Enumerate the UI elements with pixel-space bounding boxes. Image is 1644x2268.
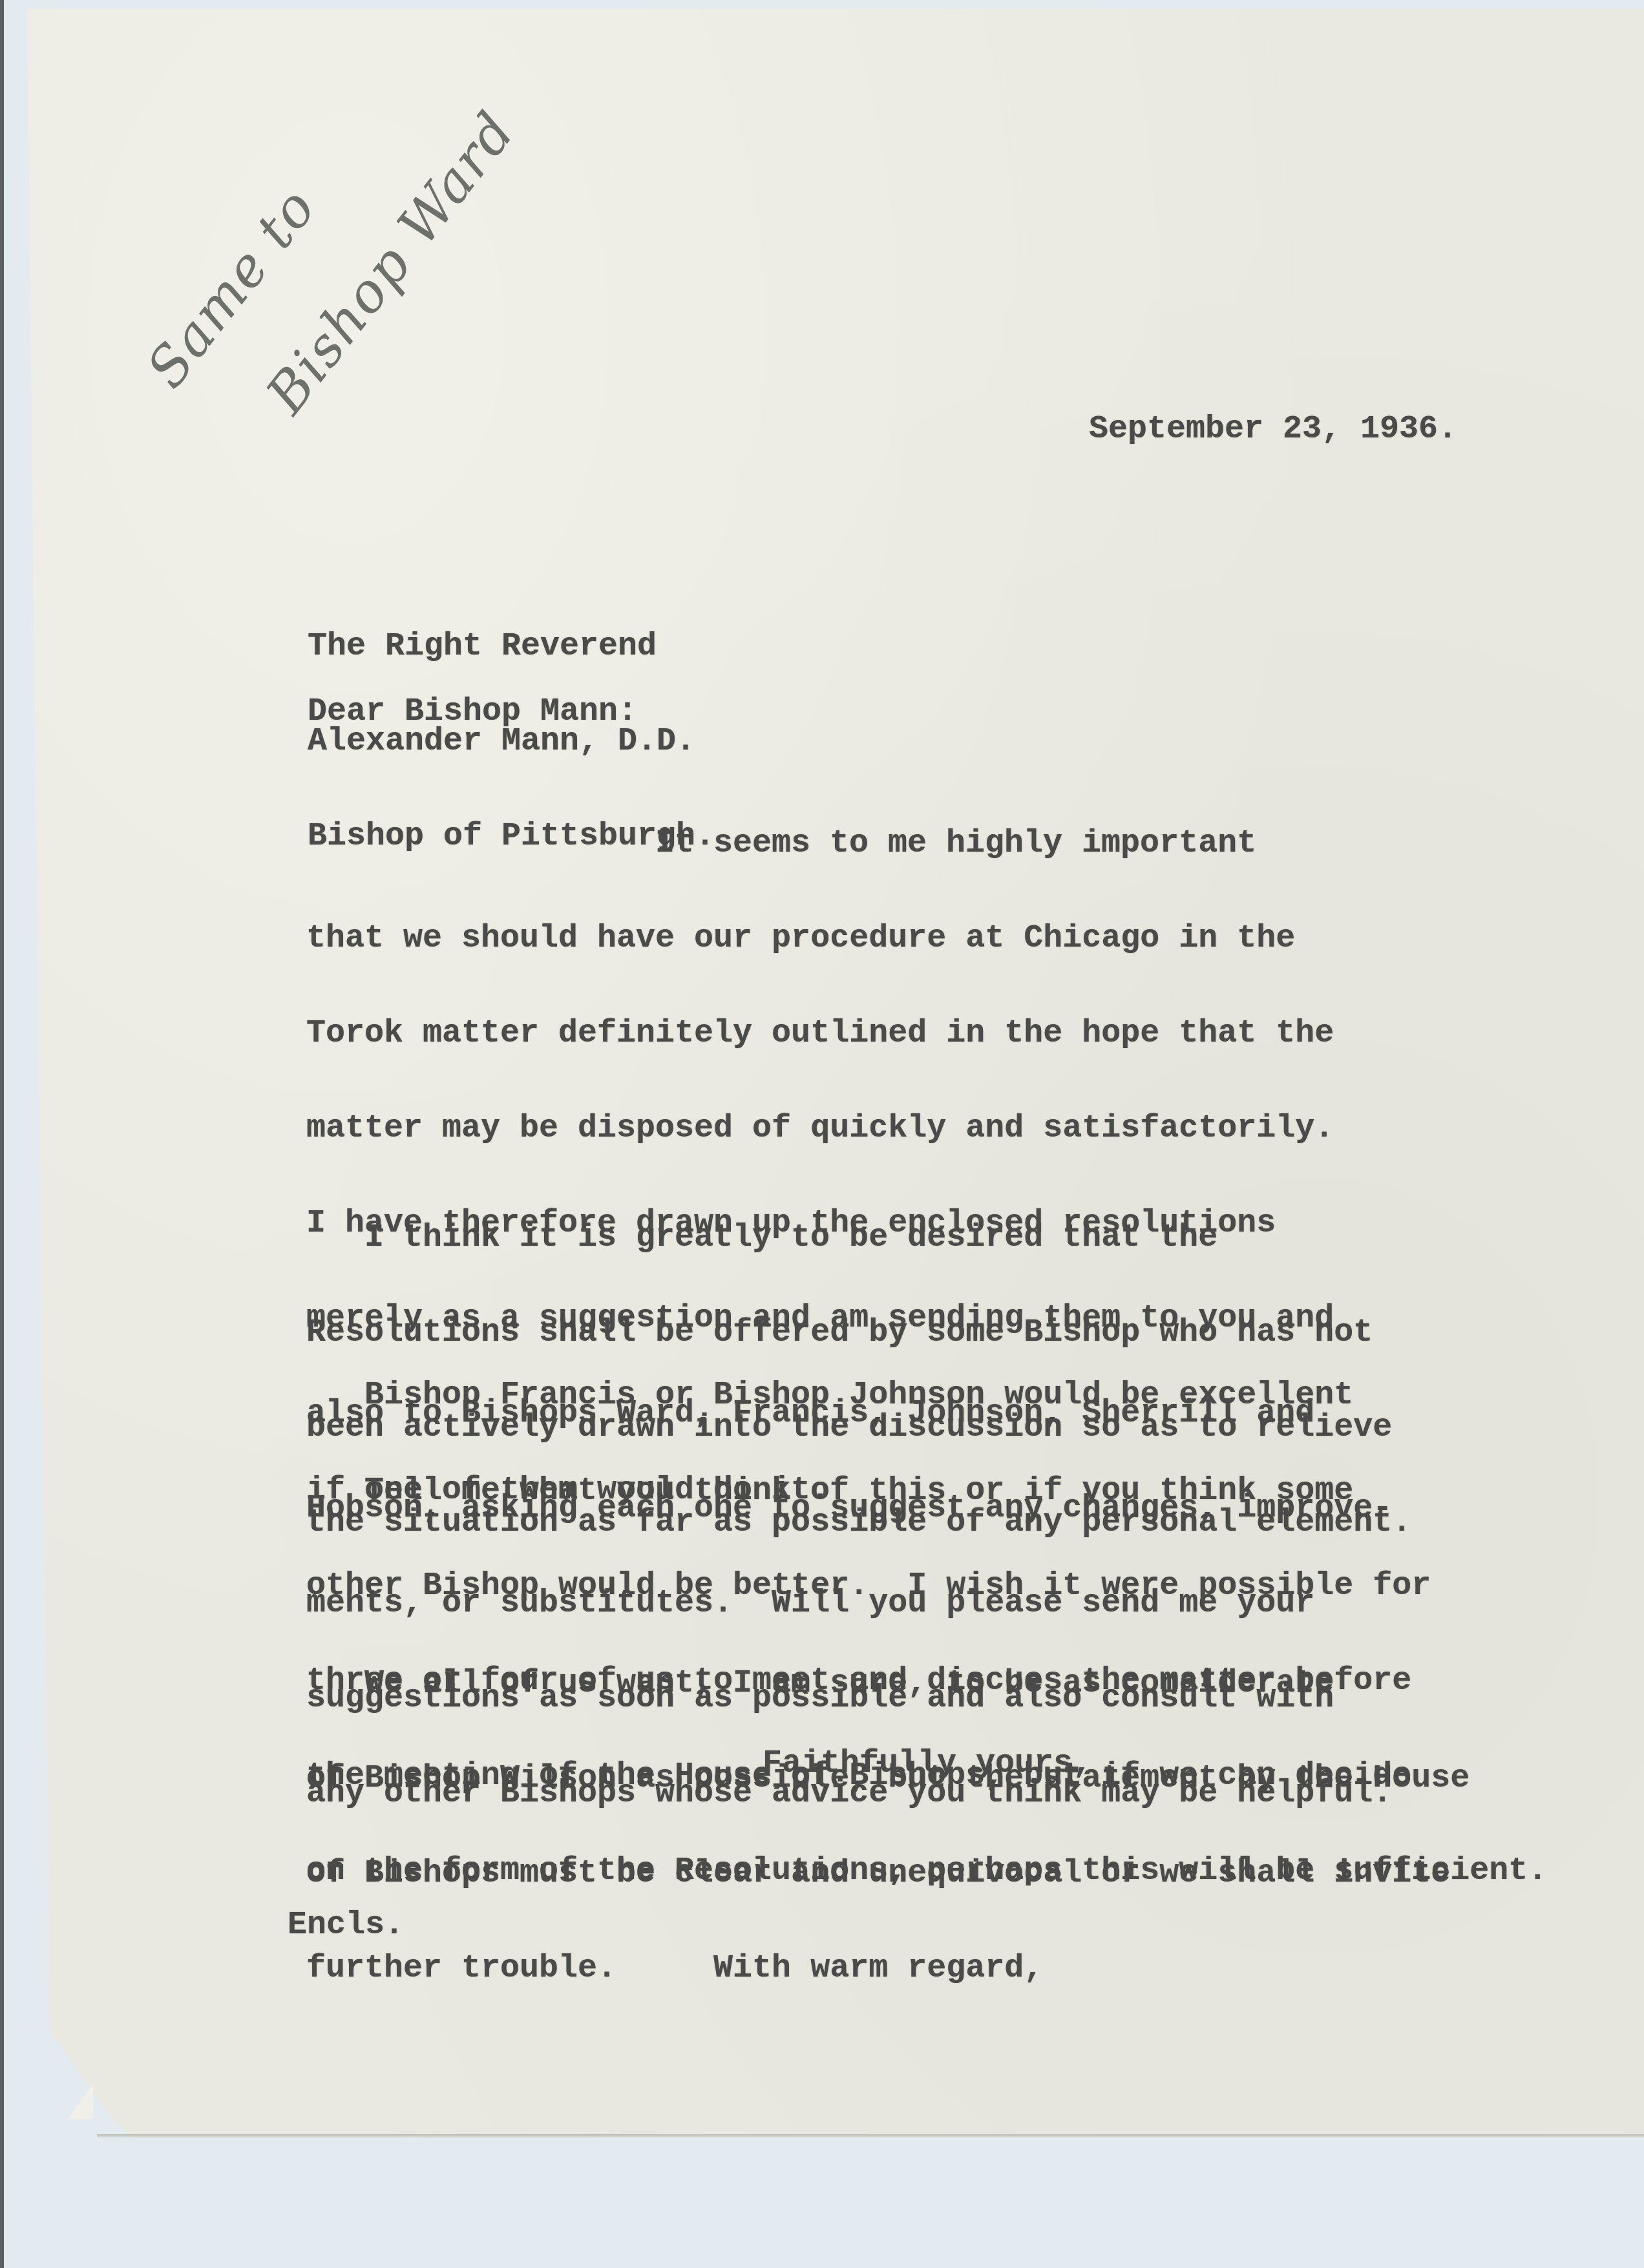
enclosure-notation: Encls. [288,1909,404,1941]
scanner-edge [0,0,4,2268]
recipient-line-title: The Right Reverend [308,631,715,662]
paragraph-line: that we should have our procedure at Chi… [306,923,1392,954]
page-bottom-shadow [97,2134,1644,2138]
paragraph-line: It seems to me highly important [306,828,1392,859]
letter-date: September 23, 1936. [1089,414,1457,445]
recipient-line-name: Alexander Mann, D.D. [308,726,715,757]
paragraph-5: We all of us want, I am sure, to be as c… [306,1604,1470,2016]
closing: Faithfully yours, [763,1748,1092,1780]
paragraph-line: other Bishop would be better. I wish it … [306,1570,1547,1602]
paragraph-line: further trouble. With warm regard, [306,1953,1470,1984]
paragraph-line: We all of us want, I am sure, to be as c… [306,1668,1470,1699]
paragraph-line: of Bishops must be clear and unequivocal… [306,1858,1470,1889]
paragraph-line: I think it is greatly to be desired that… [306,1222,1411,1254]
folded-corner [67,2084,93,2119]
paragraph-line: Tell me what you think of this or if you… [306,1475,1547,1507]
paragraph-line: matter may be disposed of quickly and sa… [306,1113,1392,1144]
salutation: Dear Bishop Mann: [308,696,637,728]
paragraph-line: Bishop Francis or Bishop Johnson would b… [306,1380,1353,1411]
paragraph-line: Torok matter definitely outlined in the … [306,1018,1392,1049]
